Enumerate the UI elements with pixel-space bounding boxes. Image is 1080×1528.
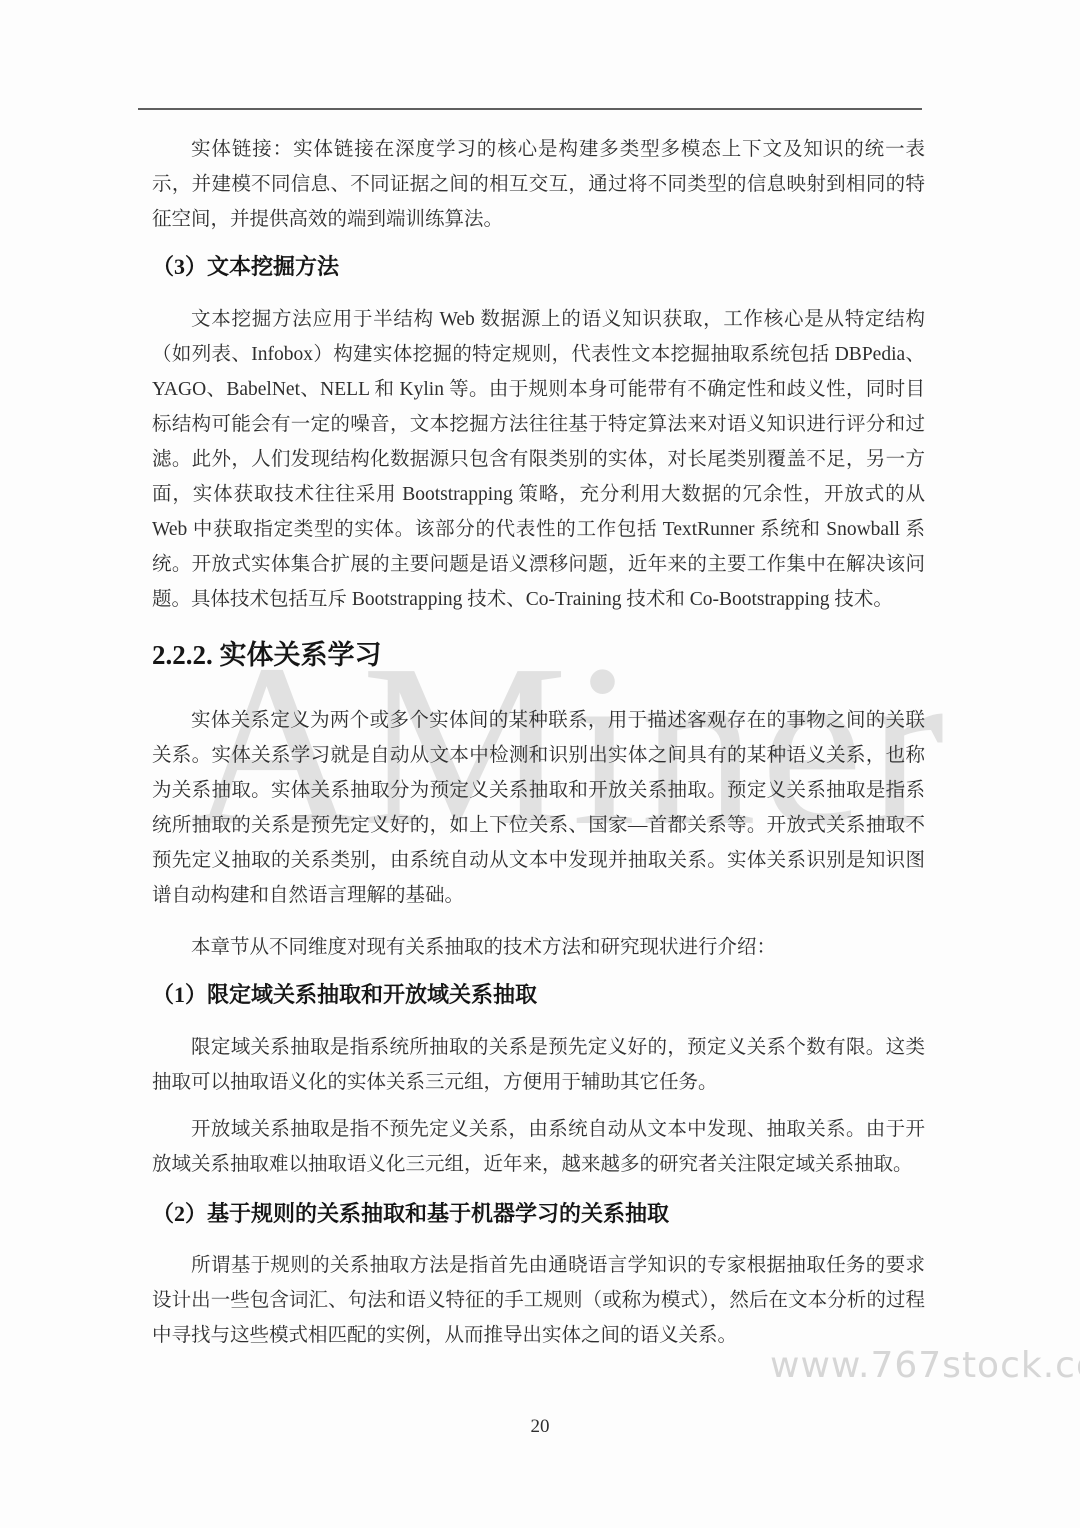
paragraph-chapter-intro: 本章节从不同维度对现有关系抽取的技术方法和研究现状进行介绍： — [152, 930, 925, 965]
heading-text-mining-method: （3）文本挖掘方法 — [152, 252, 925, 282]
heading-rule-vs-machine-learning: （2）基于规则的关系抽取和基于机器学习的关系抽取 — [152, 1199, 925, 1229]
paragraph-limited-domain: 限定域关系抽取是指系统所抽取的关系是预先定义好的，预定义关系个数有限。这类抽取可… — [152, 1030, 925, 1100]
paragraph-text-mining-method: 文本挖掘方法应用于半结构 Web 数据源上的语义知识获取，工作核心是从特定结构（… — [152, 302, 925, 617]
page-number: 20 — [0, 1416, 1080, 1438]
paragraph-entity-linking: 实体链接：实体链接在深度学习的核心是构建多类型多模态上下文及知识的统一表示，并建… — [152, 132, 925, 237]
paragraph-open-domain: 开放域关系抽取是指不预先定义关系，由系统自动从文本中发现、抽取关系。由于开放域关… — [152, 1112, 925, 1182]
paragraph-rule-based-extraction: 所谓基于规则的关系抽取方法是指首先由通晓语言学知识的专家根据抽取任务的要求设计出… — [152, 1248, 925, 1353]
heading-section-2-2-2-entity-relation-learning: 2.2.2. 实体关系学习 — [152, 638, 925, 672]
heading-limited-vs-open-domain: （1）限定域关系抽取和开放域关系抽取 — [152, 980, 925, 1010]
document-page: AMiner 实体链接：实体链接在深度学习的核心是构建多类型多模态上下文及知识的… — [0, 0, 1080, 1528]
header-rule — [138, 108, 922, 110]
paragraph-relation-definition: 实体关系定义为两个或多个实体间的某种联系，用于描述客观存在的事物之间的关联关系。… — [152, 703, 925, 913]
